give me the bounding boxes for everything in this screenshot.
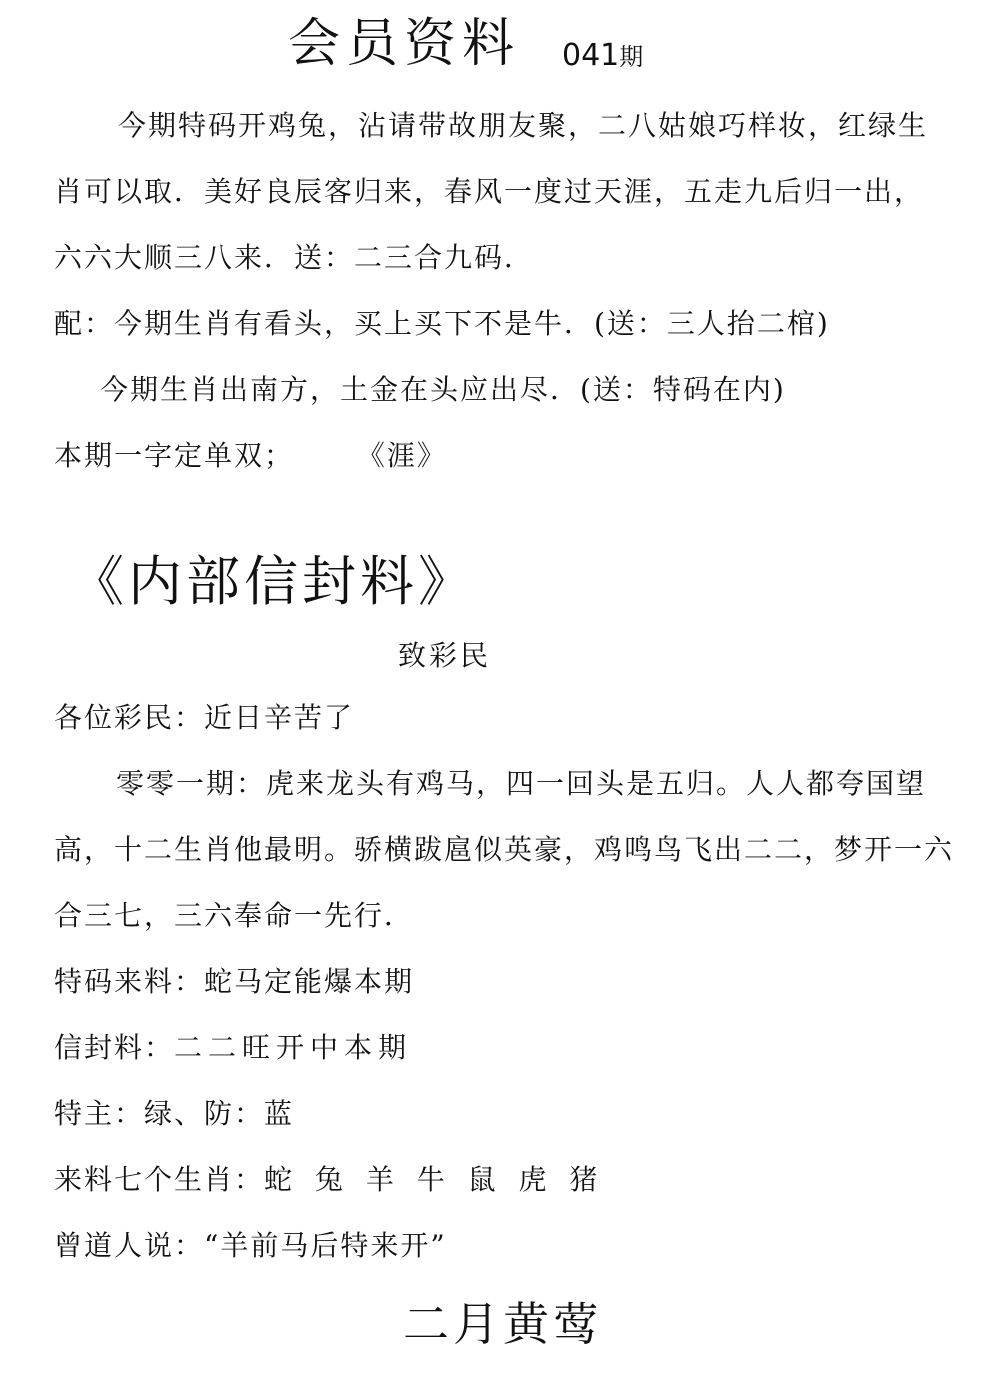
paragraph-line-1: 零零一期：虎来龙头有鸡马，四一回头是五归。人人都夸国望 (116, 764, 926, 804)
item-label: 曾道人说： (54, 1229, 204, 1262)
item-value: 蛇 兔 羊 牛 鼠 虎 猪 (264, 1163, 599, 1196)
item-value: 二二旺开中本期 (174, 1031, 412, 1064)
poem-line-3: 六六大顺三八来．送：二三合九码． (54, 238, 534, 278)
single-double-row: 本期一字定单双； 《涯》 (54, 436, 447, 476)
salutation-heading: 致彩民 (398, 636, 491, 676)
item-row-envelope: 信封料：二二旺开中本期 (54, 1028, 412, 1068)
signature: 二月黄莺 (403, 1296, 603, 1352)
item-value: 蛇马定能爆本期 (204, 965, 414, 998)
poem-line-2: 肖可以取．美好良辰客归来，春风一度过天涯，五走九后归一出， (54, 172, 924, 212)
item-label: 特码来料： (54, 965, 204, 998)
single-double-value: 《涯》 (357, 439, 447, 472)
issue-label: 041期 (562, 38, 643, 75)
single-double-label: 本期一字定单双； (54, 439, 294, 472)
section-title-envelope: 《内部信封料》 (70, 550, 476, 614)
item-row-colors: 特主：绿、防：蓝 (54, 1094, 294, 1134)
issue-number: 041 (562, 38, 619, 73)
item-row-quote: 曾道人说：“羊前马后特来开” (54, 1226, 447, 1266)
item-label: 特主： (54, 1097, 144, 1130)
item-label: 来料七个生肖： (54, 1163, 264, 1196)
item-label: 信封料： (54, 1031, 174, 1064)
issue-suffix: 期 (619, 43, 643, 71)
paragraph-line-2: 高，十二生肖他最明。骄横跋扈似英豪，鸡鸣鸟飞出二二，梦开一六 (54, 830, 954, 870)
page-title: 会员资料 (288, 14, 520, 74)
pei-line-2: 今期生肖出南方，土金在头应出尽．(送：特码在内) (100, 370, 786, 410)
item-value: “羊前马后特来开” (204, 1229, 447, 1262)
greeting-line: 各位彩民：近日辛苦了 (54, 698, 354, 738)
item-row-special-code: 特码来料：蛇马定能爆本期 (54, 962, 414, 1002)
pei-line: 配：今期生肖有看头，买上买下不是牛．(送：三人抬二棺) (54, 304, 830, 344)
item-row-zodiacs: 来料七个生肖：蛇 兔 羊 牛 鼠 虎 猪 (54, 1160, 599, 1200)
poem-line-1: 今期特码开鸡兔，沾请带故朋友聚，二八姑娘巧样妆，红绿生 (118, 106, 928, 146)
item-value: 绿、防：蓝 (144, 1097, 294, 1130)
paragraph-line-3: 合三七，三六奉命一先行． (54, 896, 414, 936)
